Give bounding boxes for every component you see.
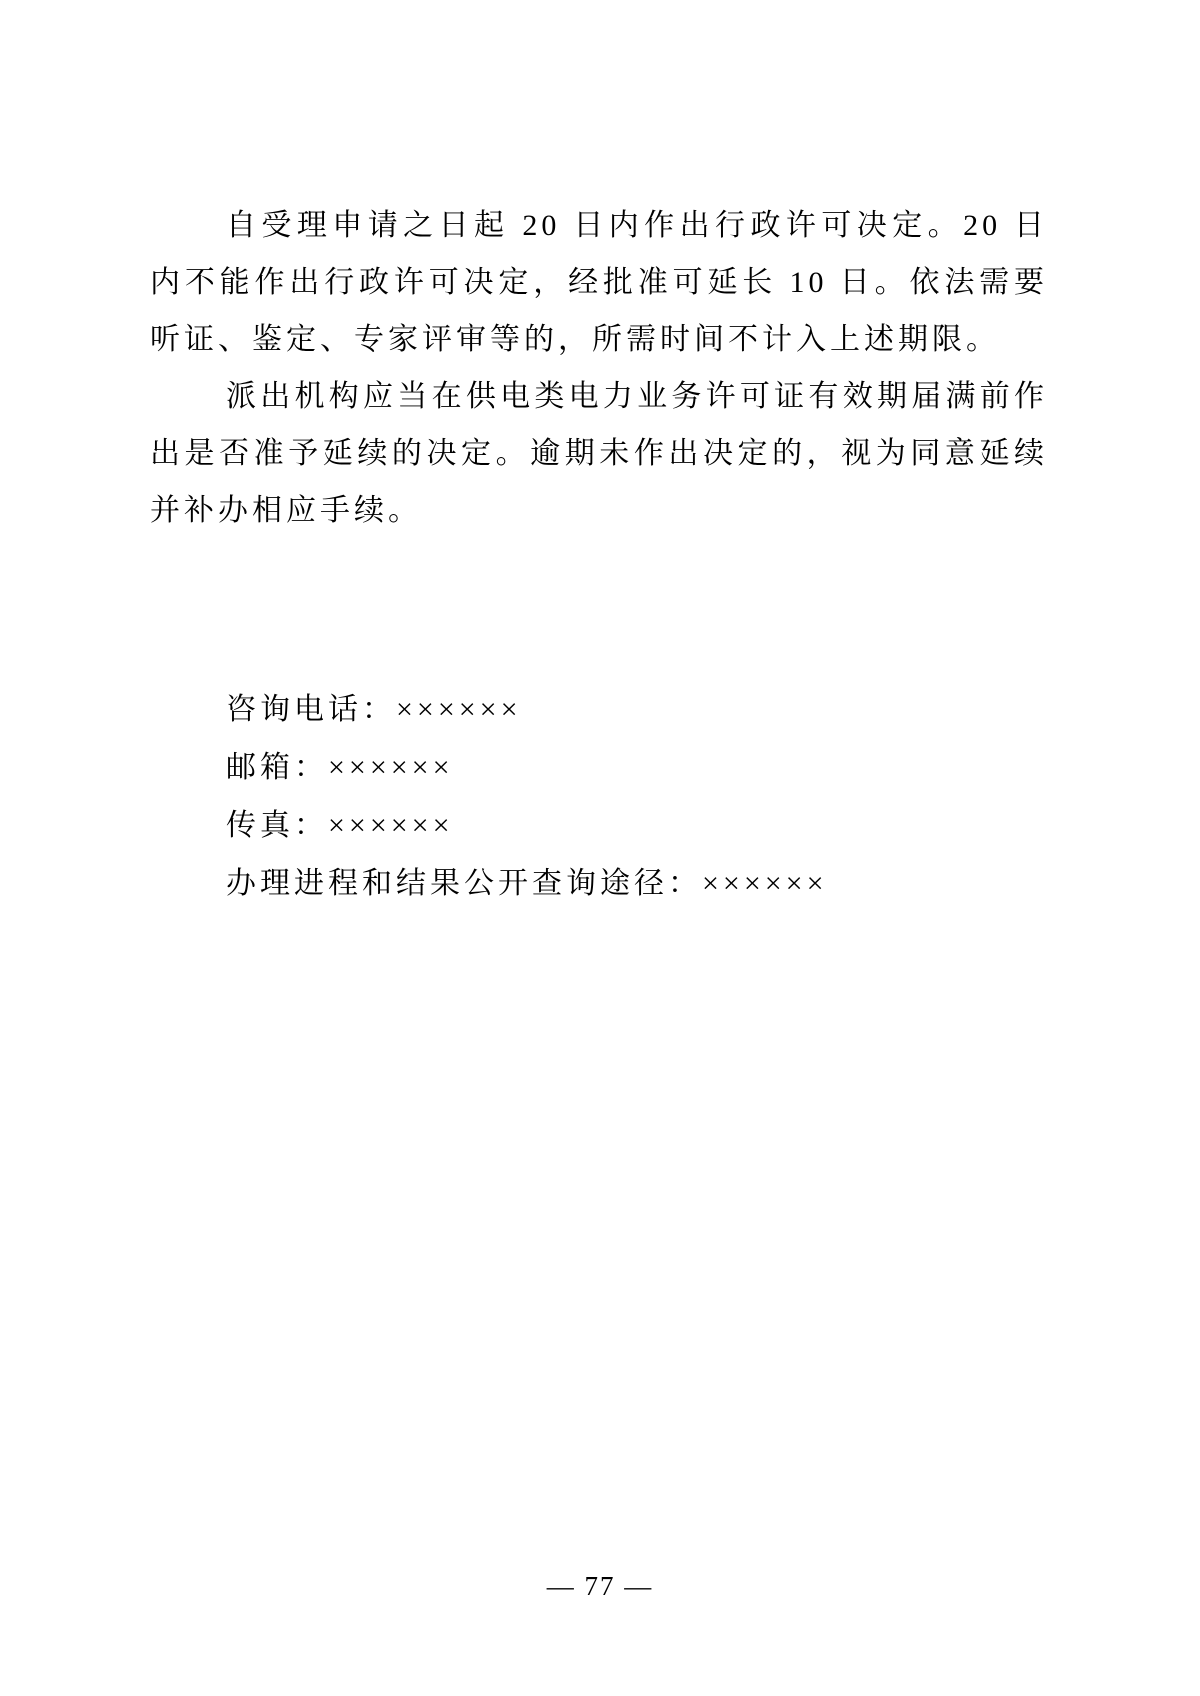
body-paragraph-decision-deadline: 自受理申请之日起 20 日内作出行政许可决定。20 日内不能作出行政许可决定，经… bbox=[150, 197, 1048, 368]
page-footer: — 77 — bbox=[0, 1568, 1200, 1604]
document-body: 自受理申请之日起 20 日内作出行政许可决定。20 日内不能作出行政许可决定，经… bbox=[150, 197, 1048, 913]
contact-line-query-channel: 办理进程和结果公开查询途径：×××××× bbox=[150, 855, 1048, 913]
contact-line-email: 邮箱：×××××× bbox=[150, 739, 1048, 797]
contact-line-fax: 传真：×××××× bbox=[150, 797, 1048, 855]
page-number: — 77 — bbox=[547, 1568, 654, 1604]
body-paragraph-renewal-decision: 派出机构应当在供电类电力业务许可证有效期届满前作出是否准予延续的决定。逾期未作出… bbox=[150, 368, 1048, 539]
contact-line-phone: 咨询电话：×××××× bbox=[150, 681, 1048, 739]
document-page: 自受理申请之日起 20 日内作出行政许可决定。20 日内不能作出行政许可决定，经… bbox=[0, 0, 1200, 1696]
paragraph-contact-gap bbox=[150, 539, 1048, 681]
